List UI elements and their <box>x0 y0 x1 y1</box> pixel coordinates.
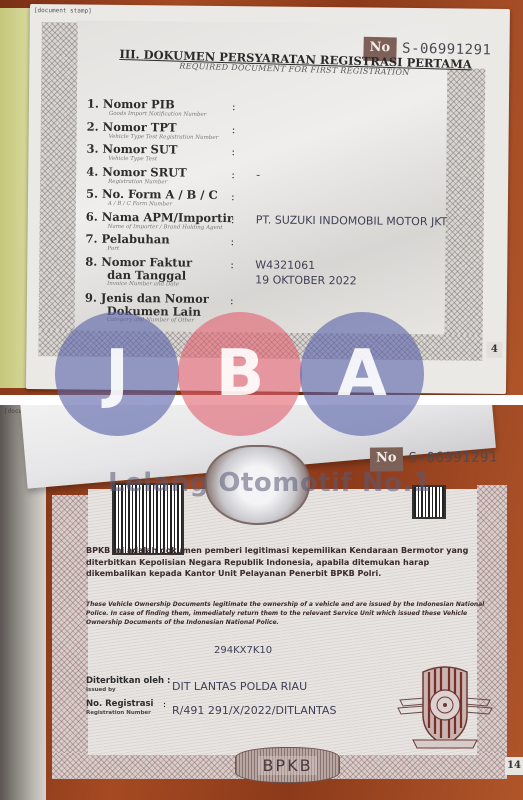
watermark-logo-j: J <box>55 312 179 436</box>
issued-by-sublabel: Issued by <box>86 687 116 693</box>
watermark-logo-b: B <box>178 312 302 436</box>
police-emblem-icon <box>395 660 495 755</box>
engine-code: 294KX7K10 <box>214 645 272 656</box>
stamp-text: [document stamp] <box>34 7 92 15</box>
invoice-number: W4321061 <box>255 258 315 272</box>
invoice-date: 19 OKTOBER 2022 <box>255 273 357 287</box>
registration-sublabel: Registration Number <box>86 710 151 716</box>
bpkb-cover-page: [document stamp] No S-06991291 BPKB ini … <box>0 405 523 795</box>
guilloche-border-left <box>38 22 79 342</box>
field-nomor-faktur: 8. Nomor Faktur dan Tanggal Invoice Numb… <box>85 254 505 288</box>
booklet-cover-edge <box>0 8 30 388</box>
registration-colon: : <box>163 700 166 710</box>
issued-by-label: Diterbitkan oleh : <box>86 676 170 686</box>
page-number: 14 <box>505 757 523 775</box>
importer-value: PT. SUZUKI INDOMOBIL MOTOR JKT <box>256 213 448 228</box>
statement-indonesian: BPKB ini adalah dokumen pemberi legitima… <box>86 545 486 580</box>
statement-english: These Vehicle Ownership Documents legiti… <box>86 600 486 627</box>
registration-value: R/491 291/X/2022/DITLANTAS <box>172 704 336 717</box>
bpkb-banner: BPKB <box>235 747 340 783</box>
guilloche-border-left <box>52 495 88 775</box>
bottom-document-photo: [document stamp] No S-06991291 BPKB ini … <box>0 405 523 800</box>
watermark-tagline: Lelang Otomotif No.1 <box>108 468 431 498</box>
issued-by-value: DIT LANTAS POLDA RIAU <box>172 680 307 693</box>
requirements-list: 1. Nomor PIB Goods Import Notification N… <box>85 97 507 325</box>
page-number: 4 <box>486 342 502 358</box>
registration-label: No. Registrasi <box>86 699 153 709</box>
watermark-logo-a: A <box>300 312 424 436</box>
